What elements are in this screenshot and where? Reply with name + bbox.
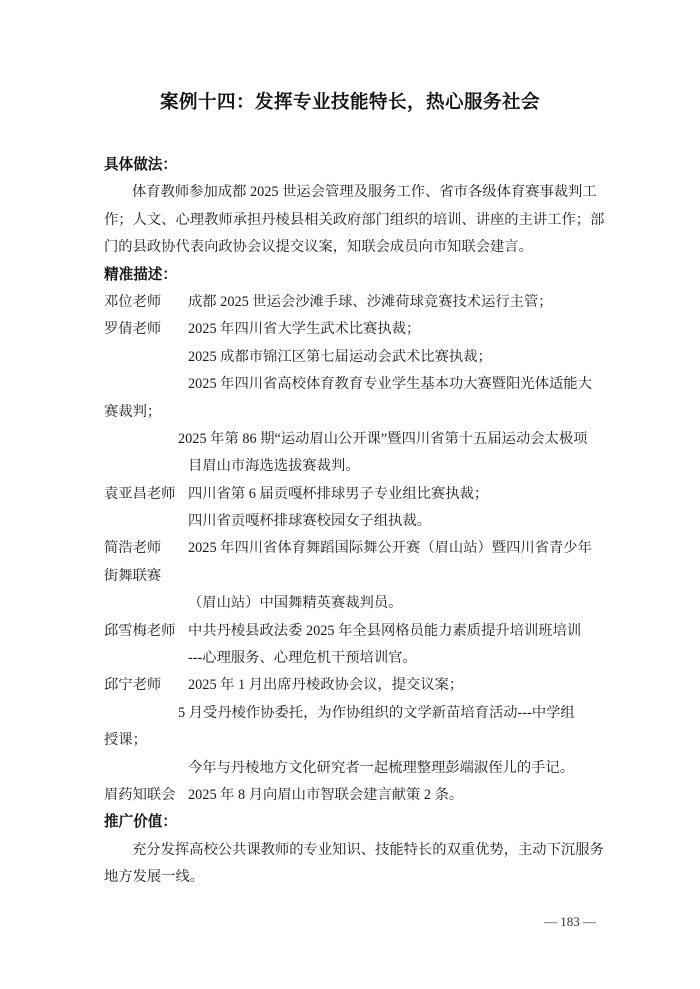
text-line: 授课； — [104, 727, 604, 754]
entry-name: 罗倩老师 — [104, 316, 188, 343]
description-entry-row: 邓位老师成都 2025 世运会沙滩手球、沙滩荷球竞赛技术运行主管； — [104, 289, 604, 316]
entry-text: 四川省第 6 届贡嘎杯排球男子专业组比赛执裁； — [188, 481, 604, 508]
text-line: 门的县政协代表向政协会议提交议案，知联会成员向市知联会建言。 — [104, 234, 604, 261]
text-line: 5 月受丹棱作协委托，为作协组织的文学新苗培育活动---中学组 — [104, 700, 604, 727]
description-list: 邓位老师成都 2025 世运会沙滩手球、沙滩荷球竞赛技术运行主管；罗倩老师202… — [104, 289, 604, 809]
entry-name: 眉药知联会 — [104, 782, 188, 809]
text-line: 2025 年四川省高校体育教育专业学生基本功大赛暨阳光体适能大 — [104, 371, 604, 398]
text-line: 充分发挥高校公共课教师的专业知识、技能特长的双重优势，主动下沉服务 — [104, 837, 604, 864]
text-line: 今年与丹棱地方文化研究者一起梳理整理彭端淑侄儿的手记。 — [104, 755, 604, 782]
text-line: 体育教师参加成都 2025 世运会管理及服务工作、省市各级体育赛事裁判工 — [104, 179, 604, 206]
page-footer: — 183 — — [544, 912, 596, 932]
entry-name: 邱雪梅老师 — [104, 618, 188, 645]
description-entry-row: 袁亚昌老师四川省第 6 届贡嘎杯排球男子专业组比赛执裁； — [104, 481, 604, 508]
description-entry-row: 邱雪梅老师中共丹棱县政法委 2025 年全县网格员能力素质提升培训班培训 — [104, 618, 604, 645]
section-heading-methods: 具体做法： — [104, 152, 604, 179]
description-entry-row: 邱宁老师2025 年 1 月出席丹棱政协会议，提交议案； — [104, 672, 604, 699]
entry-name: 邱宁老师 — [104, 672, 188, 699]
description-entry-row: 眉药知联会2025 年 8 月向眉山市智联会建言献策 2 条。 — [104, 782, 604, 809]
entry-name: 袁亚昌老师 — [104, 481, 188, 508]
text-line: 作；人文、心理教师承担丹棱县相关政府部门组织的培训、讲座的主讲工作；部 — [104, 207, 604, 234]
page-content: 具体做法： 体育教师参加成都 2025 世运会管理及服务工作、省市各级体育赛事裁… — [0, 152, 700, 892]
document-page: 案例十四：发挥专业技能特长，热心服务社会 具体做法： 体育教师参加成都 2025… — [0, 0, 700, 989]
page-number: — 183 — — [544, 914, 596, 929]
entry-name: 邓位老师 — [104, 289, 188, 316]
value-paragraph: 充分发挥高校公共课教师的专业知识、技能特长的双重优势，主动下沉服务地方发展一线。 — [104, 837, 604, 892]
text-line: 赛裁判； — [104, 399, 604, 426]
entry-text: 2025 年 1 月出席丹棱政协会议，提交议案； — [188, 672, 604, 699]
entry-text: 成都 2025 世运会沙滩手球、沙滩荷球竞赛技术运行主管； — [188, 289, 604, 316]
text-line: 2025 年第 86 期“运动眉山公开课”暨四川省第十五届运动会太极项 — [104, 426, 604, 453]
entry-text: 2025 年 8 月向眉山市智联会建言献策 2 条。 — [188, 782, 604, 809]
text-line: 目眉山市海选选拔赛裁判。 — [104, 453, 604, 480]
text-line: 街舞联赛 — [104, 563, 604, 590]
entry-name: 简浩老师 — [104, 535, 188, 562]
section-heading-description: 精准描述： — [104, 262, 604, 289]
text-line: ---心理服务、心理危机干预培训官。 — [104, 645, 604, 672]
text-line: 地方发展一线。 — [104, 864, 604, 891]
section-heading-value: 推广价值： — [104, 809, 604, 836]
entry-text: 中共丹棱县政法委 2025 年全县网格员能力素质提升培训班培训 — [188, 618, 604, 645]
description-entry-row: 简浩老师2025 年四川省体育舞蹈国际舞公开赛（眉山站）暨四川省青少年 — [104, 535, 604, 562]
text-line: 四川省贡嘎杯排球赛校园女子组执裁。 — [104, 508, 604, 535]
description-entry-row: 罗倩老师2025 年四川省大学生武术比赛执裁； — [104, 316, 604, 343]
entry-text: 2025 年四川省大学生武术比赛执裁； — [188, 316, 604, 343]
text-line: 2025 成都市锦江区第七届运动会武术比赛执裁； — [104, 344, 604, 371]
page-title: 案例十四：发挥专业技能特长，热心服务社会 — [0, 88, 700, 115]
entry-text: 2025 年四川省体育舞蹈国际舞公开赛（眉山站）暨四川省青少年 — [188, 535, 604, 562]
methods-paragraph: 体育教师参加成都 2025 世运会管理及服务工作、省市各级体育赛事裁判工作；人文… — [104, 179, 604, 261]
text-line: （眉山站）中国舞精英赛裁判员。 — [104, 590, 604, 617]
